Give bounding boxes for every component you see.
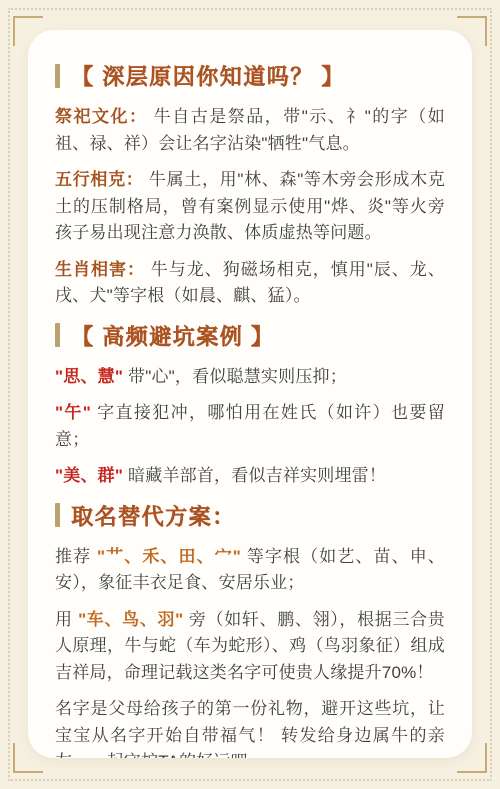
section-header-text: 取名替代方案： (71, 500, 236, 531)
highlight-red: "美、群" (55, 466, 123, 485)
section-header: 【 高频避坑案例 】 (55, 320, 445, 351)
paragraph: 祭祀文化： 牛自古是祭品，带"示、礻"的字（如祖、禄、祥）会让名字沾染"牺牲"气… (55, 104, 445, 157)
highlight-red: "思、慧" (55, 367, 123, 386)
paragraph-label: 生肖相害： (55, 260, 145, 279)
paragraph: 用 "车、鸟、羽" 旁（如轩、鹏、翎），根据三合贵人原理，牛与蛇（车为蛇形）、鸡… (55, 607, 445, 687)
paragraph-text: 字直接犯冲，哪怕用在姓氏（如许）也要留意； (55, 403, 445, 449)
paragraph-label: 祭祀文化： (55, 107, 148, 126)
article-content: 【 深层原因你知道吗？ 】祭祀文化： 牛自古是祭品，带"示、礻"的字（如祖、禄、… (28, 30, 472, 758)
paragraph-label: 五行相克： (55, 170, 143, 189)
paragraph: "美、群" 暗藏羊部首，看似吉祥实则埋雷！ (55, 463, 445, 490)
highlight-orange: "艹、禾、田、宀" (97, 547, 241, 566)
content-card: 【 深层原因你知道吗？ 】祭祀文化： 牛自古是祭品，带"示、礻"的字（如祖、禄、… (28, 30, 472, 758)
section-header-text: 【 深层原因你知道吗？ 】 (71, 60, 345, 91)
section-header: 【 深层原因你知道吗？ 】 (55, 60, 445, 91)
paragraph: 推荐 "艹、禾、田、宀" 等字根（如艺、苗、申、安），象征丰衣足食、安居乐业； (55, 544, 445, 597)
header-accent-bar-icon (55, 323, 60, 347)
paragraph-text: 带"心"，看似聪慧实则压抑； (123, 367, 347, 386)
paragraph: 五行相克： 牛属土，用"林、森"等木旁会形成木克土的压制格局，曾有案例显示使用"… (55, 167, 445, 247)
section-header: 取名替代方案： (55, 500, 445, 531)
paragraph-text: 暗藏羊部首，看似吉祥实则埋雷！ (123, 466, 386, 485)
paragraph-text: 名字是父母给孩子的第一份礼物，避开这些坑，让宝宝从名字开始自带福气！ 转发给身边… (55, 699, 445, 758)
highlight-red: "午" (55, 403, 91, 422)
header-accent-bar-icon (55, 64, 60, 88)
paragraph: 生肖相害： 牛与龙、狗磁场相克，慎用"辰、龙、戌、犬"等字根（如晨、麒、猛）。 (55, 257, 445, 310)
highlight-orange: "车、鸟、羽" (78, 610, 183, 629)
header-accent-bar-icon (55, 503, 60, 527)
paragraph: "思、慧" 带"心"，看似聪慧实则压抑； (55, 364, 445, 391)
paragraph: 名字是父母给孩子的第一份礼物，避开这些坑，让宝宝从名字开始自带福气！ 转发给身边… (55, 696, 445, 758)
paragraph-text: 用 (55, 610, 78, 629)
paragraph: "午" 字直接犯冲，哪怕用在姓氏（如许）也要留意； (55, 400, 445, 453)
section-header-text: 【 高频避坑案例 】 (71, 320, 274, 351)
infographic-page: 【 深层原因你知道吗？ 】祭祀文化： 牛自古是祭品，带"示、礻"的字（如祖、禄、… (0, 0, 500, 789)
paragraph-text: 推荐 (55, 547, 97, 566)
